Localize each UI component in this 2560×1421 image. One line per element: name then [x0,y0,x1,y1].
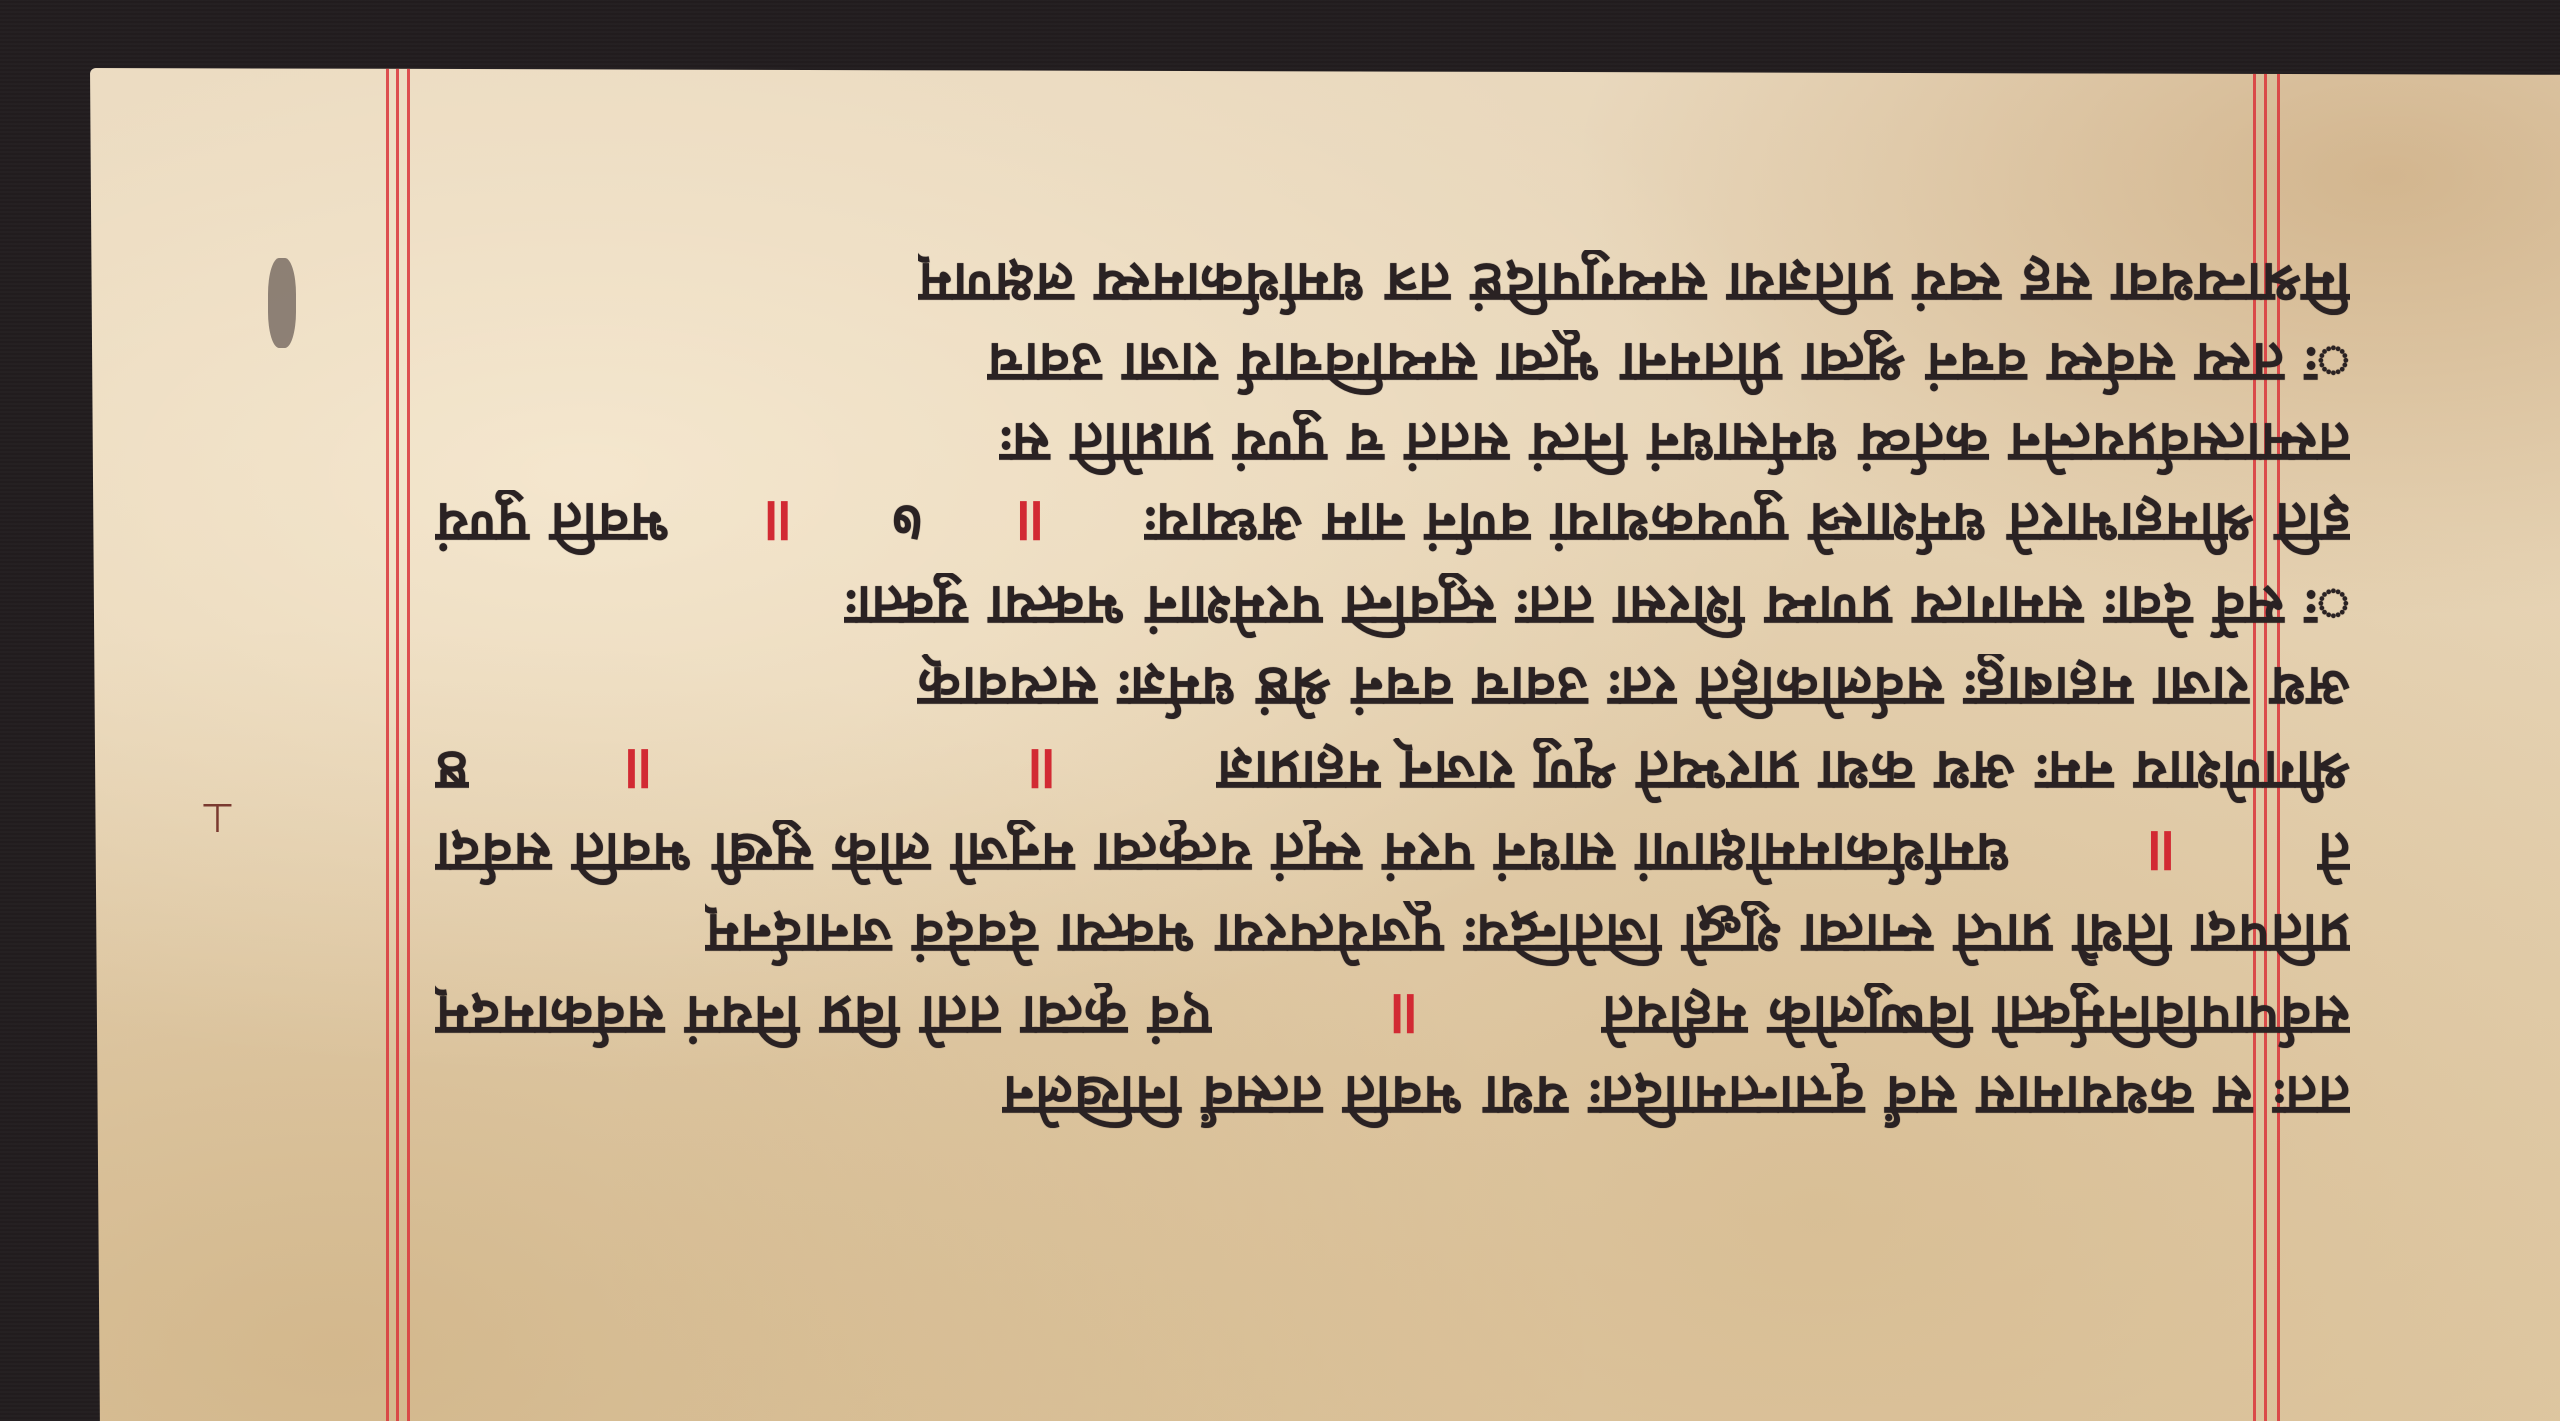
text-block: मिश्रान्यथवा सह स्वयं प्रतिज्ञया सम्यगुप… [435,68,2350,1421]
text-segment: तस्मात्सर्वप्रयत्नेन कर्तव्यं धर्मसाधनं … [999,410,2350,480]
text-segment: इति श्रीमहाभारते धर्मशास्त्रे पुण्यकथाया… [1144,490,2350,560]
ink-stain [268,258,296,348]
verse-number: ७ [891,490,921,560]
text-line: तस्मात्सर्वप्रयत्नेन कर्तव्यं धर्मसाधनं … [435,410,2350,480]
manuscript-folio: ⊤ मिश्रान्यथवा सह स्वयं प्रतिज्ञया सम्यग… [90,68,2560,1421]
double-danda-rubric: ॥ [1015,490,1051,560]
text-line: इति श्रीमहाभारते धर्मशास्त्रे पुण्यकथाया… [435,490,2350,560]
double-danda-rubric: ॥ [623,738,659,808]
text-line: मिश्रान्यथवा सह स्वयं प्रतिज्ञया सम्यगुप… [435,250,2350,320]
text-line: श्रीगणेशाय नमः अथ कथा प्रारभ्यते शृणु रा… [435,738,2350,808]
text-segment: मिश्रान्यथवा सह स्वयं प्रतिज्ञया सम्यगुप… [918,250,2350,320]
text-line: सर्वपापविनिर्मुक्तो विष्णुलोके महीयते ॥ … [435,983,2350,1053]
text-line: ः तस्य सर्वस्य वचनं श्रुत्वा प्रीतमना भू… [435,330,2350,400]
text-segment: ततः स कथयामास सर्वं वृत्तान्तमादितः यथा … [1002,1063,2350,1133]
text-line: प्रतिपदा तिथौ प्राप्ते स्नात्वा शुद्धो ज… [435,901,2350,971]
text-line: ततः स कथयामास सर्वं वृत्तान्तमादितः यथा … [435,1063,2350,1133]
text-line: ः सर्वे देवाः समागत्य प्रणम्य शिरसा ततः … [435,573,2350,643]
double-danda-rubric: ॥ [1388,983,1424,1053]
text-segment: अथ राजा महाबाहुः सर्वलोकहिते रतः उवाच वच… [917,654,2350,724]
text-line: ते ॥ धर्मार्थकाममोक्षाणां साधनं परमं स्म… [435,820,2350,890]
margin-mark: ⊤ [200,796,235,842]
text-segment: धर्मार्थकाममोक्षाणां साधनं परमं स्मृतं य… [435,820,2010,890]
text-segment: ः तस्य सर्वस्य वचनं श्रुत्वा प्रीतमना भू… [987,330,2350,400]
left-margin-rule [396,68,399,1421]
text-segment: ष्ठ [435,738,469,808]
text-segment: प्रतिपदा तिथौ प्राप्ते स्नात्वा शुद्धो ज… [705,901,2350,971]
text-segment: सर्वपापविनिर्मुक्तो विष्णुलोके महीयते [1601,983,2350,1053]
text-segment: ते [2317,820,2350,890]
text-segment: एवं कृत्वा ततो विप्र नियमं सर्वकामदम् [435,983,1212,1053]
text-segment: ः सर्वे देवाः समागत्य प्रणम्य शिरसा ततः … [844,573,2350,643]
left-margin-rule [386,68,389,1421]
double-danda-rubric: ॥ [762,490,798,560]
double-danda-rubric: ॥ [2146,820,2182,890]
text-segment: भवति पुण्यं [435,490,669,560]
double-danda-rubric: ॥ [1026,738,1062,808]
text-line: अथ राजा महाबाहुः सर्वलोकहिते रतः उवाच वच… [435,654,2350,724]
text-segment: श्रीगणेशाय नमः अथ कथा प्रारभ्यते शृणु रा… [1216,738,2350,808]
left-margin-rule [407,68,410,1421]
